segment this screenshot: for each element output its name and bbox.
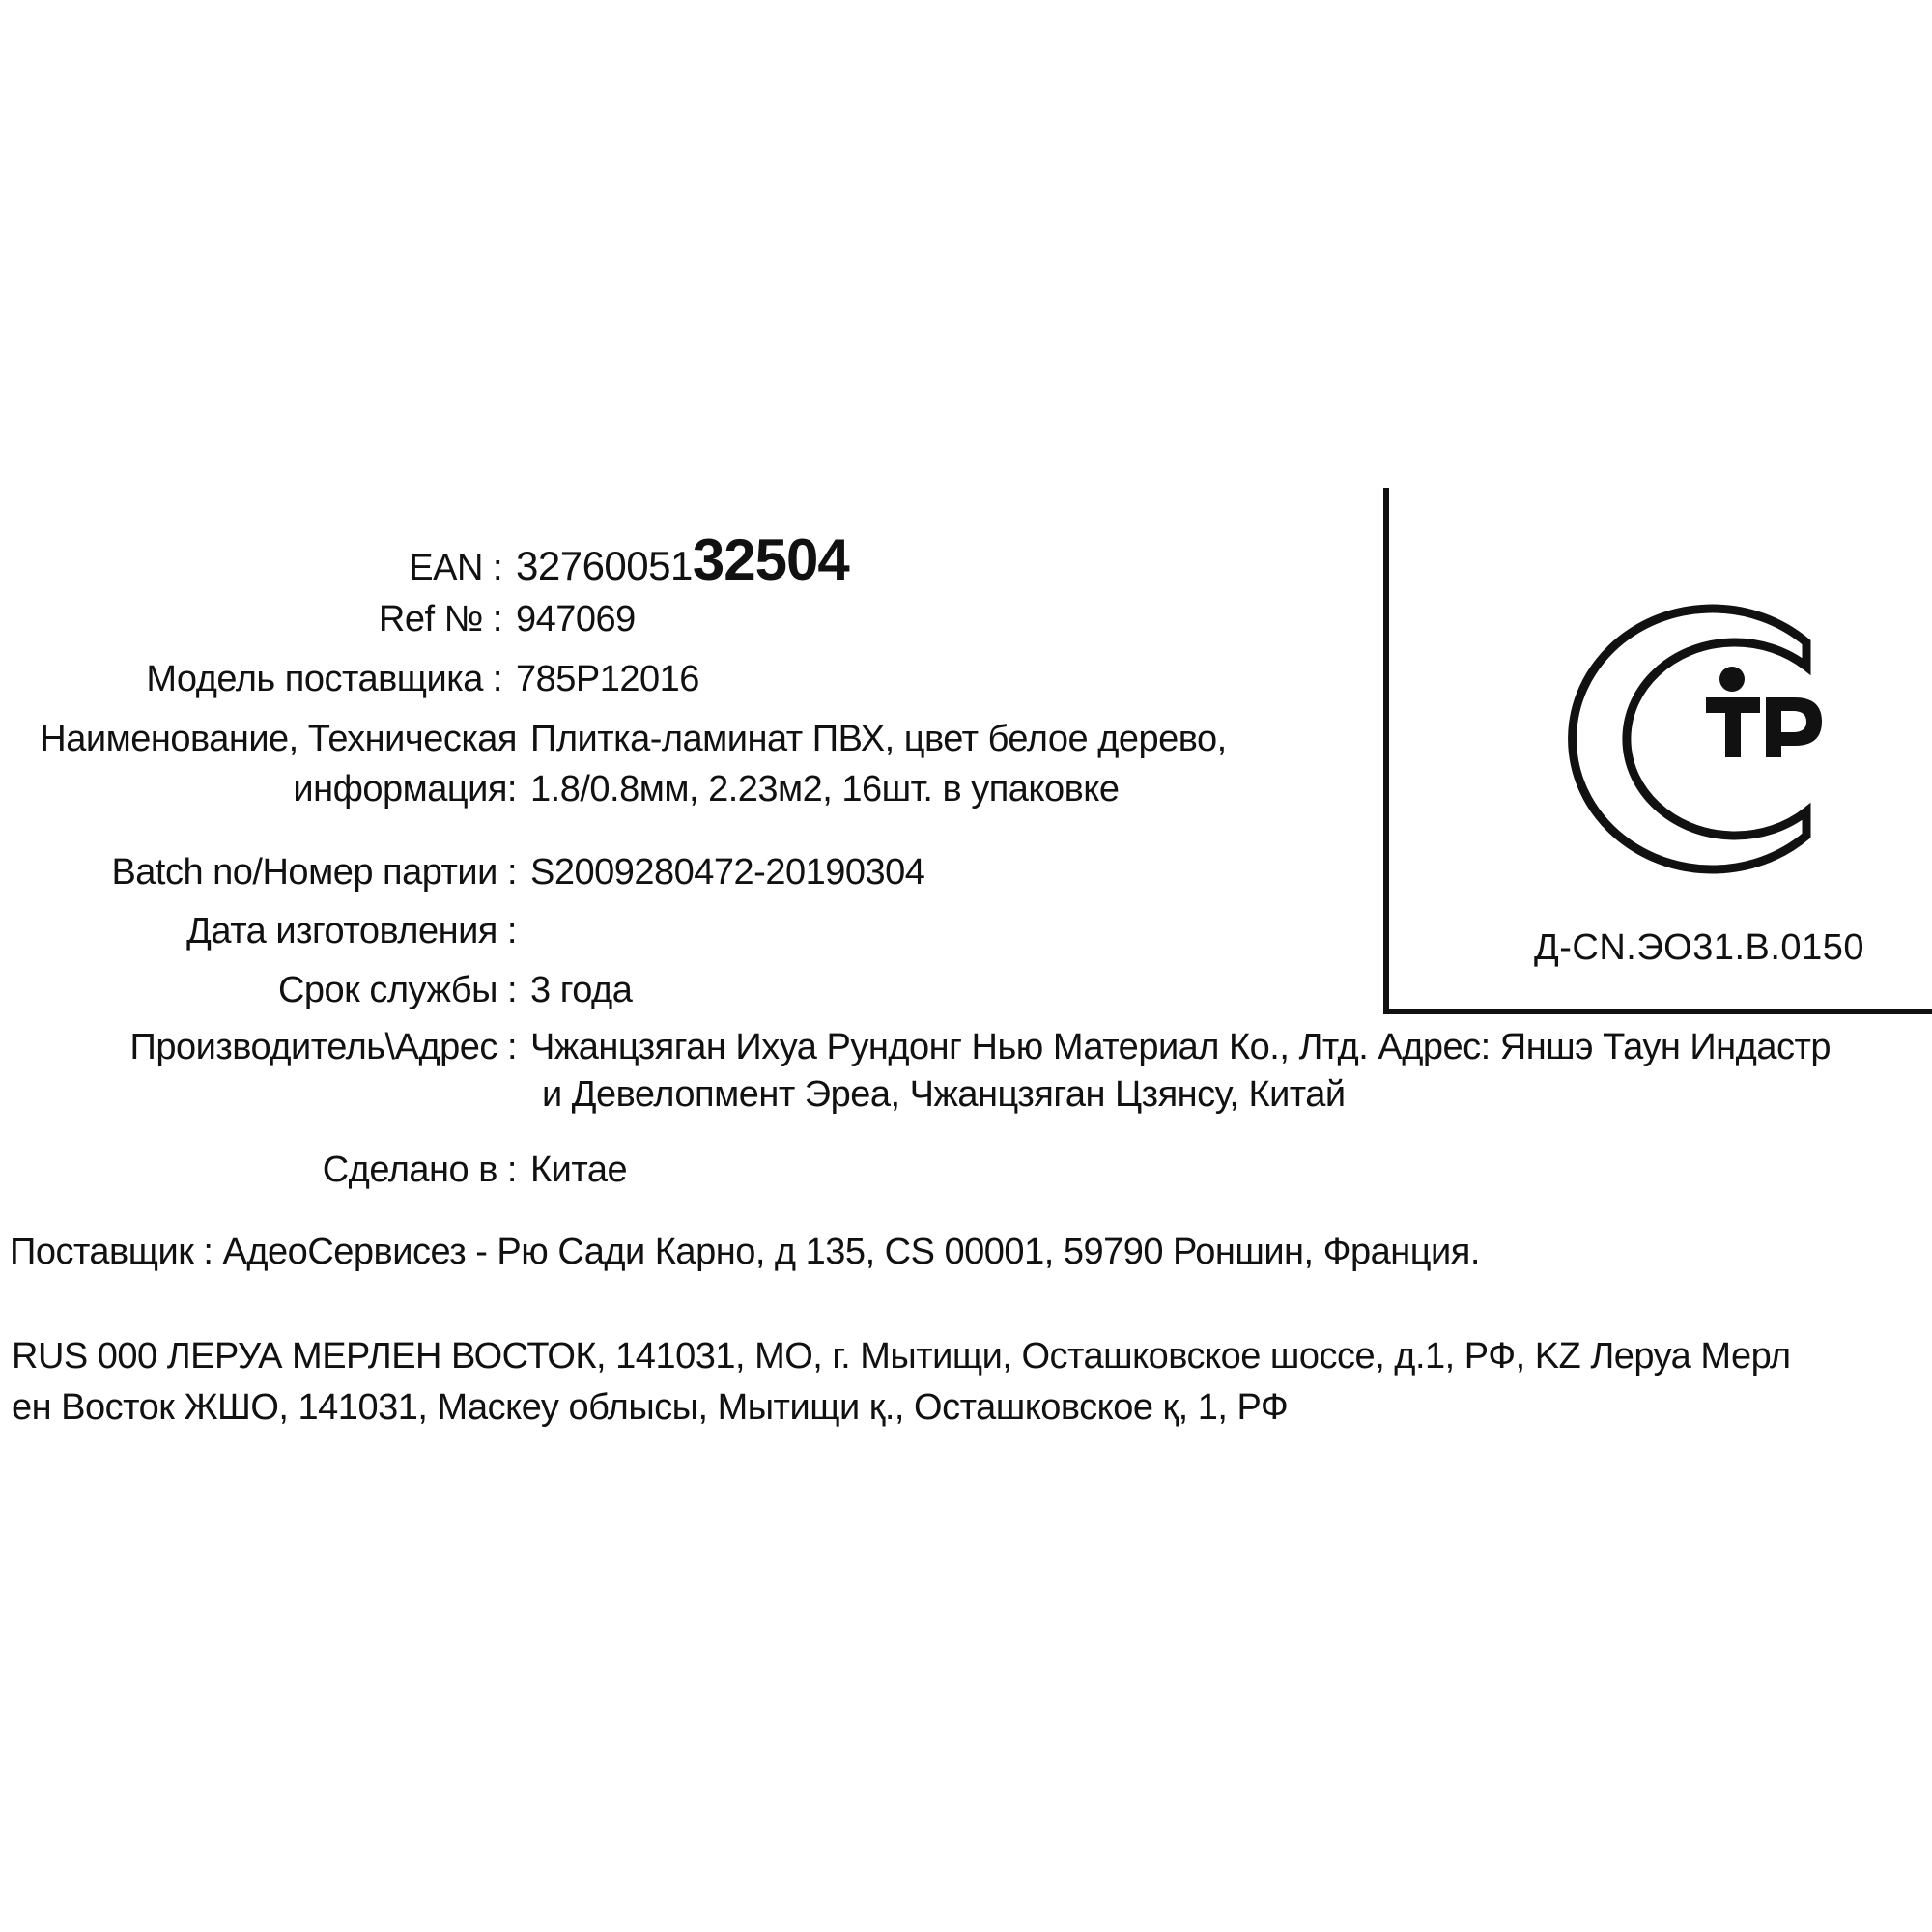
manufacture-date-label: Дата изготовления : [0,911,530,952]
manufacture-date-row: Дата изготовления : [0,911,530,952]
ean-value-bold-suffix: 32504 [693,527,849,592]
eac-tr-certification-mark-icon [1534,604,1824,874]
ref-value: 947069 [516,599,636,640]
manufacturer-label: Производитель\Адрес : [0,1027,530,1068]
certification-code: Д-CN.ЭО31.В.0150 [1534,927,1864,969]
manufacturer-value-line1: Чжанцзяган Ихуа Рундонг Нью Материал Ко.… [530,1027,1831,1068]
ean-label: EAN : [0,548,516,589]
service-life-value: 3 года [530,970,632,1011]
ref-row: Ref № : 947069 [0,599,636,640]
supplier-model-value: 785P12016 [516,659,699,700]
made-in-label: Сделано в : [0,1150,530,1191]
name-tech-info-value-line2: 1.8/0.8мм, 2.23м2, 16шт. в упаковке [530,769,1119,810]
supplier-model-label: Модель поставщика : [0,659,516,700]
batch-row: Batch no/Номер партии : S2009280472-2019… [0,852,924,894]
certification-box: Д-CN.ЭО31.В.0150 [1383,488,1932,1014]
importer-line-2: ен Восток ЖШО, 141031, Маскеу облысы, Мы… [12,1387,1288,1429]
name-tech-info-row-2: информация: 1.8/0.8мм, 2.23м2, 16шт. в у… [0,769,1119,810]
manufacturer-value-line2: и Девелопмент Эреа, Чжанцзяган Цзянсу, К… [542,1074,1346,1116]
batch-value: S2009280472-20190304 [530,852,924,894]
made-in-row: Сделано в : Китае [0,1150,627,1191]
batch-label: Batch no/Номер партии : [0,852,530,894]
ean-row: EAN : 3276005132504 [0,526,849,593]
supplier-model-row: Модель поставщика : 785P12016 [0,659,699,700]
ref-label: Ref № : [0,599,516,640]
importer-line-1: RUS 000 ЛЕРУА МЕРЛЕН ВОСТОК, 141031, МО,… [12,1336,1791,1378]
ean-value-prefix: 32760051 [516,543,693,588]
product-label-document: EAN : 3276005132504 Ref № : 947069 Модел… [0,0,1932,1932]
name-tech-info-value-line1: Плитка-ламинат ПВХ, цвет белое дерево, [530,719,1227,760]
made-in-value: Китае [530,1150,627,1191]
manufacturer-row-1: Производитель\Адрес : Чжанцзяган Ихуа Ру… [0,1027,1831,1068]
name-tech-info-row-1: Наименование, Техническая Плитка-ламинат… [0,719,1227,760]
service-life-row: Срок службы : 3 года [0,970,632,1011]
service-life-label: Срок службы : [0,970,530,1011]
name-tech-info-label-line1: Наименование, Техническая [0,719,530,760]
ean-value: 3276005132504 [516,526,849,593]
supplier-line: Поставщик : АдеоСервисез - Рю Сади Карно… [10,1232,1480,1273]
name-tech-info-label-line2: информация: [0,769,530,810]
